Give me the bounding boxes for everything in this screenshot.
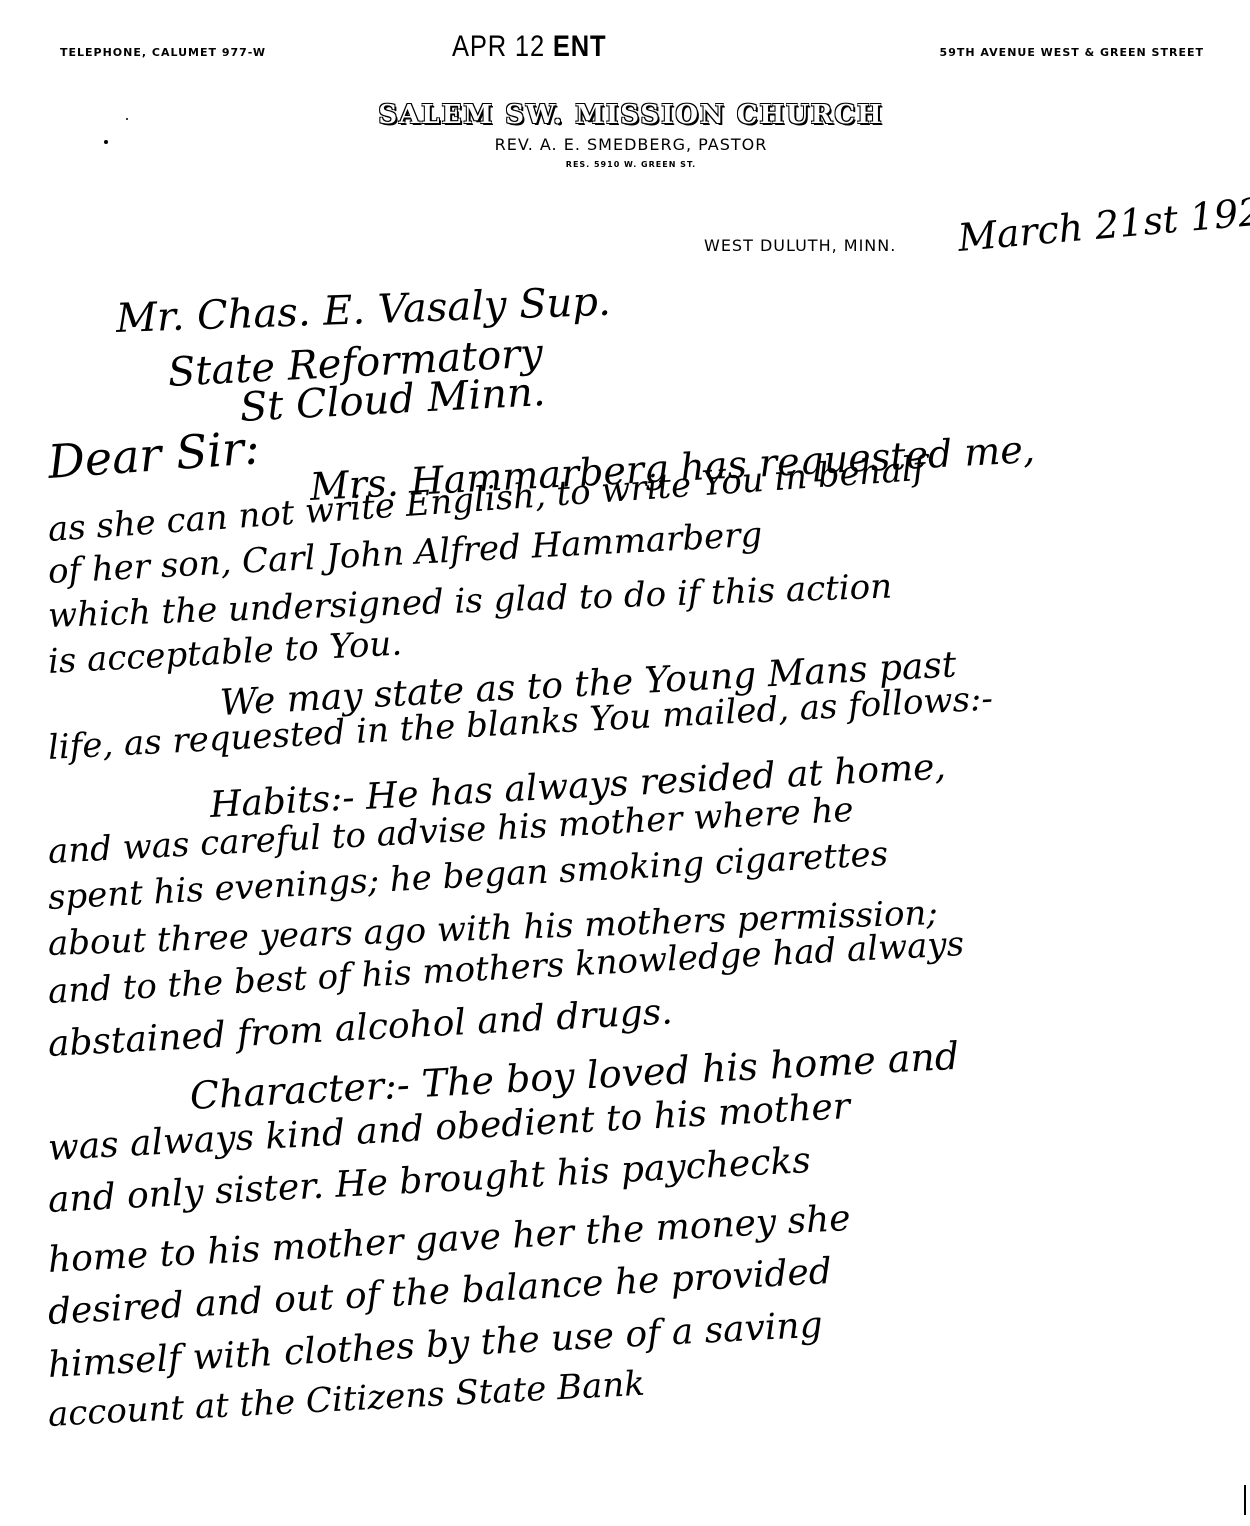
stamp-date: APR 12 bbox=[452, 30, 545, 63]
telephone-number: TELEPHONE, CALUMET 977-W bbox=[60, 46, 266, 59]
received-stamp: APR 12 ENT bbox=[452, 30, 606, 64]
pastor-residence: RES. 5910 W. GREEN ST. bbox=[0, 160, 1250, 169]
church-address: 59TH AVENUE WEST & GREEN STREET bbox=[940, 46, 1204, 59]
letter-place: WEST DULUTH, MINN. bbox=[704, 236, 896, 255]
stamp-mark: ENT bbox=[553, 30, 607, 63]
scan-speck bbox=[126, 118, 128, 120]
letter-date: March 21st 1921 bbox=[956, 187, 1250, 260]
pastor-name: REV. A. E. SMEDBERG, PASTOR bbox=[0, 135, 1250, 154]
scan-edge bbox=[1244, 1485, 1246, 1515]
church-name: SALEM SW. MISSION CHURCH bbox=[0, 100, 1250, 130]
scan-speck bbox=[104, 140, 108, 144]
salutation: Dear Sir: bbox=[46, 420, 261, 489]
